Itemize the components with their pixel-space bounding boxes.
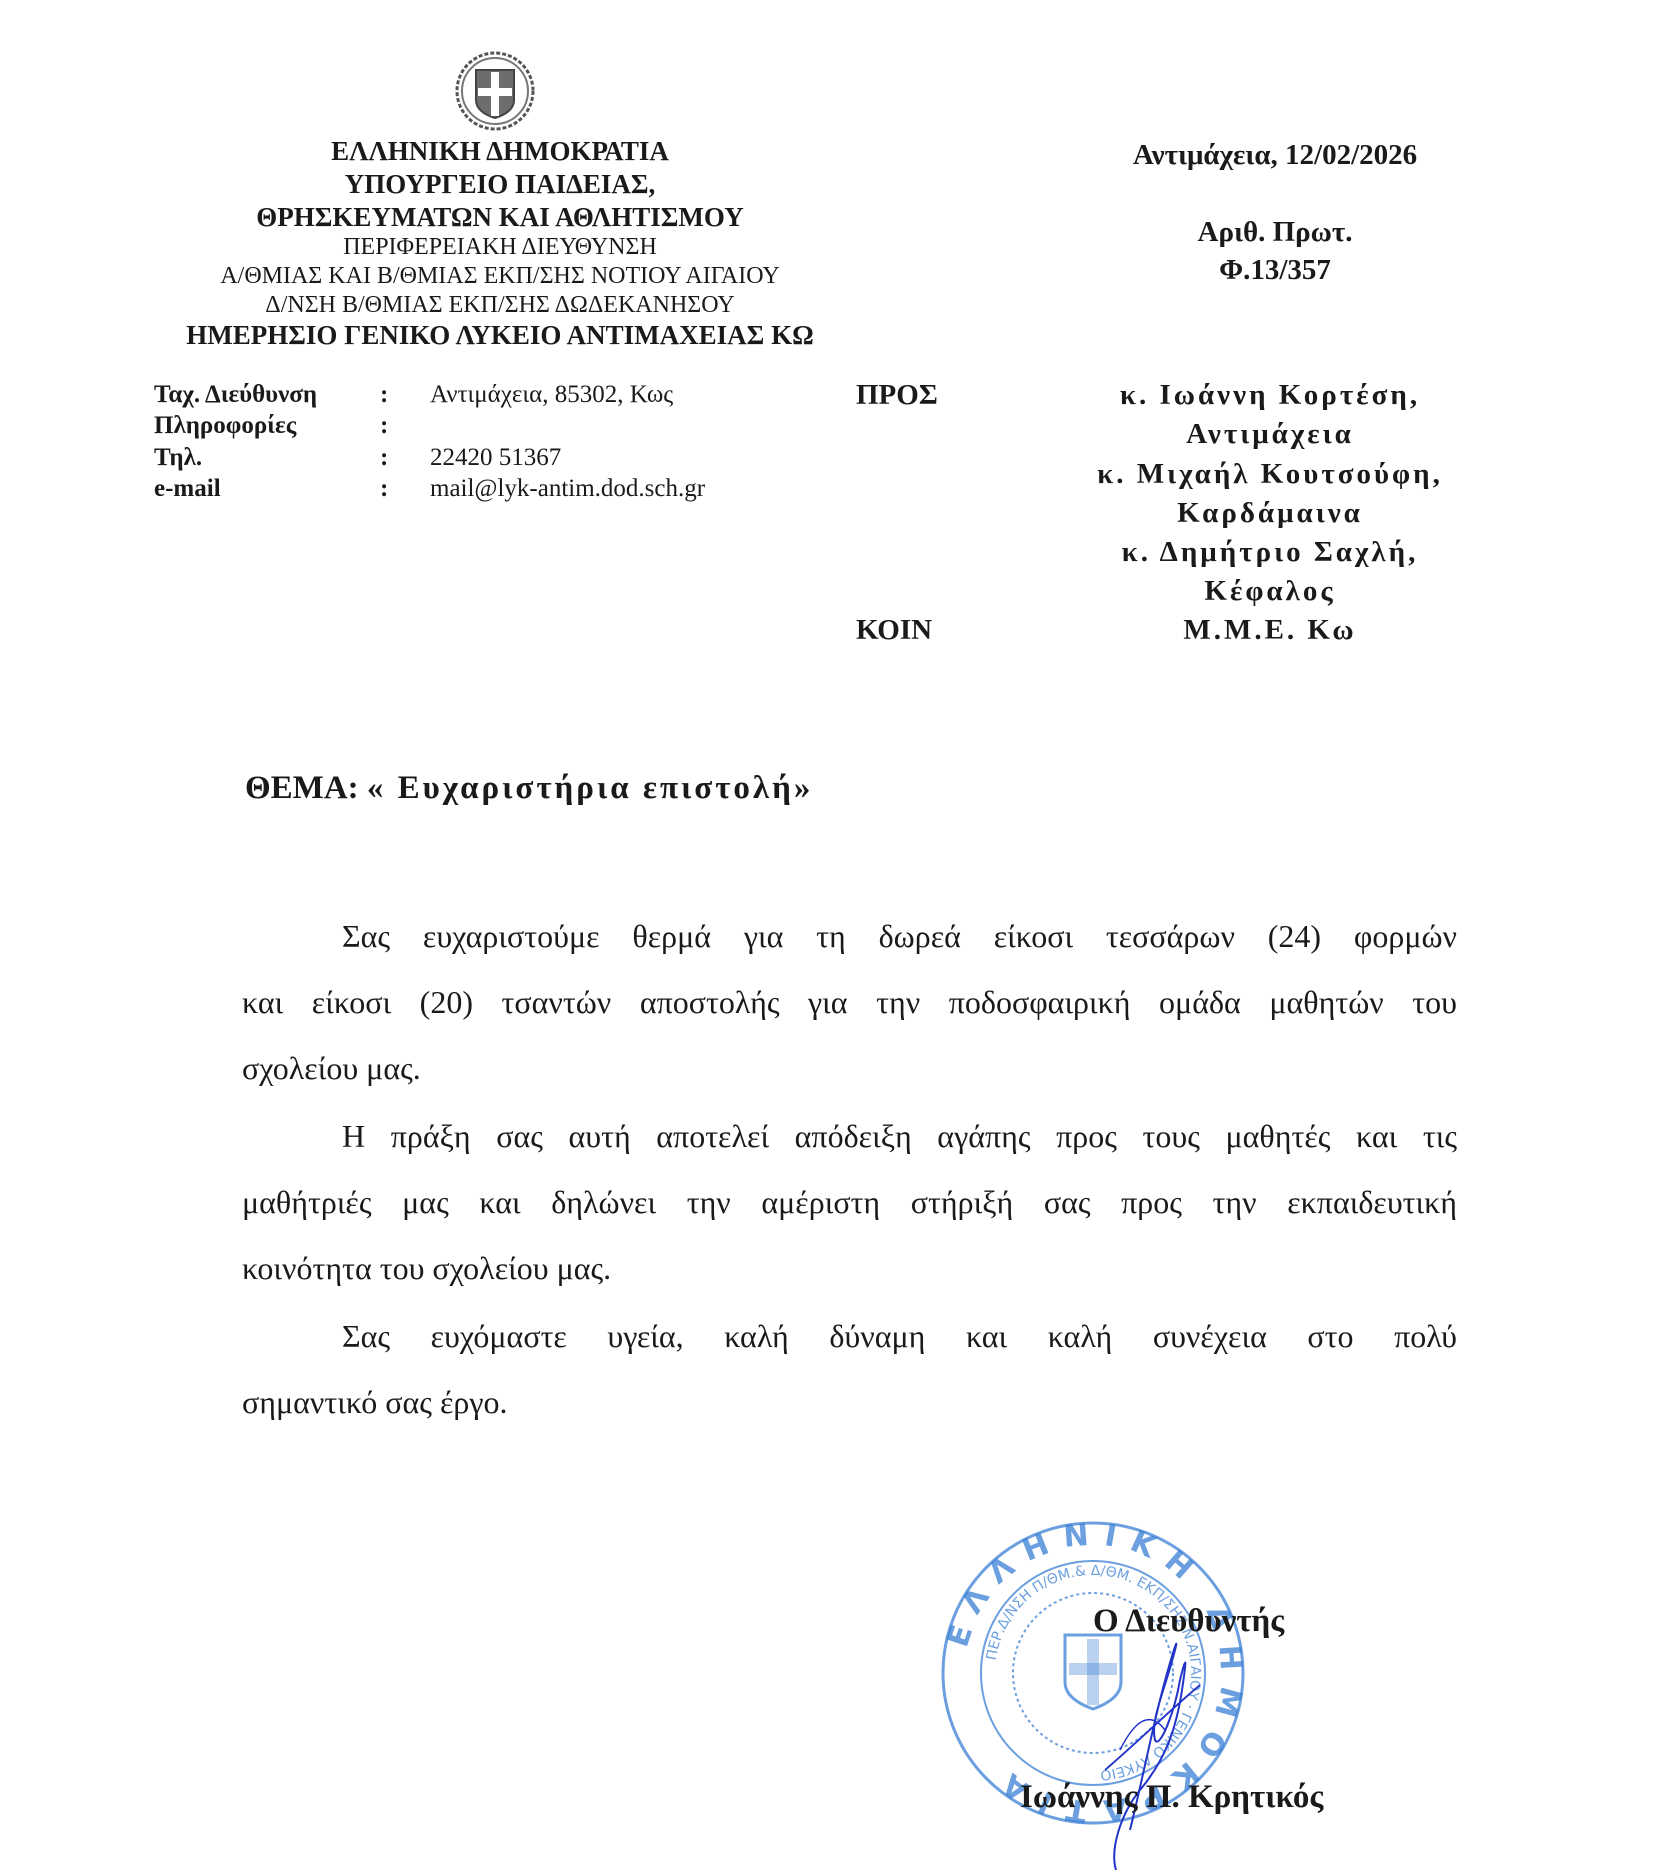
body-line: Η πράξη σας αυτή αποτελεί απόδειξη αγάπη…	[342, 1118, 1457, 1155]
protocol-label: Αριθ. Πρωτ.	[1050, 216, 1500, 249]
contact-sep: :	[380, 475, 388, 503]
cc-recipient: Μ.Μ.Ε. Κω	[1030, 614, 1510, 647]
contact-value-phone: 22420 51367	[430, 444, 561, 472]
body-line: και είκοσι (20) τσαντών αποστολής για τη…	[242, 984, 1457, 1021]
cc-label: ΚΟΙΝ	[856, 614, 932, 647]
body-line: Σας ευχόμαστε υγεία, καλή δύναμη και καλ…	[342, 1318, 1457, 1355]
greek-coat-of-arms-icon	[452, 48, 538, 134]
contact-label-email: e-mail	[154, 475, 221, 503]
body-line: σχολείου μας.	[242, 1050, 1457, 1087]
subject-label: ΘΕΜΑ:	[245, 770, 359, 806]
body-line: σημαντικό σας έργο.	[242, 1384, 1457, 1421]
protocol-number: Φ.13/357	[1050, 254, 1500, 287]
header-line: ΥΠΟΥΡΓΕΙΟ ΠΑΙΔΕΙΑΣ,	[150, 169, 850, 200]
header-line: Δ/ΝΣΗ Β/ΘΜΙΑΣ ΕΚΠ/ΣΗΣ ΔΩΔΕΚΑΝΗΣΟΥ	[150, 292, 850, 319]
recipient-line: κ. Ιωάννη Κορτέση,	[1030, 379, 1510, 412]
contact-sep: :	[380, 412, 388, 440]
school-name: ΗΜΕΡΗΣΙΟ ΓΕΝΙΚΟ ΛΥΚΕΙΟ ΑΝΤΙΜΑΧΕΙΑΣ ΚΩ	[150, 320, 850, 351]
contact-value-address: Αντιμάχεια, 85302, Κως	[430, 381, 673, 409]
contact-label-address: Ταχ. Διεύθυνση	[154, 381, 317, 409]
header-line: ΘΡΗΣΚΕΥΜΑΤΩΝ ΚΑΙ ΑΘΛΗΤΙΣΜΟΥ	[150, 202, 850, 233]
contact-value-email[interactable]: mail@lyk-antim.dod.sch.gr	[430, 475, 705, 503]
signatory-name: Ιωάννης Π. Κρητικός	[1020, 1779, 1323, 1816]
header-line: ΕΛΛΗΝΙΚΗ ΔΗΜΟΚΡΑΤΙΑ	[150, 136, 850, 167]
contact-sep: :	[380, 381, 388, 409]
contact-sep: :	[380, 444, 388, 472]
subject-line: ΘΕΜΑ: « Ευχαριστήρια επιστολή»	[245, 770, 813, 807]
contact-label-phone: Τηλ.	[154, 444, 202, 472]
recipient-line: κ. Δημήτριο Σαχλή,	[1030, 536, 1510, 569]
body-line: μαθήτριές μας και δηλώνει την αμέριστη σ…	[242, 1184, 1457, 1221]
to-label: ΠΡΟΣ	[856, 379, 938, 412]
recipient-line: κ. Μιχαήλ Κουτσούφη,	[1030, 458, 1510, 491]
recipient-line: Κέφαλος	[1030, 575, 1510, 608]
recipient-line: Αντιμάχεια	[1030, 418, 1510, 451]
body-line: κοινότητα του σχολείου μας.	[242, 1250, 1457, 1287]
handwritten-signature-icon	[1080, 1590, 1220, 1870]
recipient-line: Καρδάμαινα	[1030, 497, 1510, 530]
header-line: ΠΕΡΙΦΕΡΕΙΑΚΗ ΔΙΕΥΘΥΝΣΗ	[150, 234, 850, 261]
header-line: Α/ΘΜΙΑΣ ΚΑΙ Β/ΘΜΙΑΣ ΕΚΠ/ΣΗΣ ΝΟΤΙΟΥ ΑΙΓΑΙ…	[150, 263, 850, 290]
body-line: Σας ευχαριστούμε θερμά για τη δωρεά είκο…	[342, 918, 1457, 955]
subject-text: « Ευχαριστήρια επιστολή»	[367, 770, 813, 806]
contact-label-info: Πληροφορίες	[154, 412, 296, 440]
place-date: Αντιμάχεια, 12/02/2026	[1050, 139, 1500, 172]
